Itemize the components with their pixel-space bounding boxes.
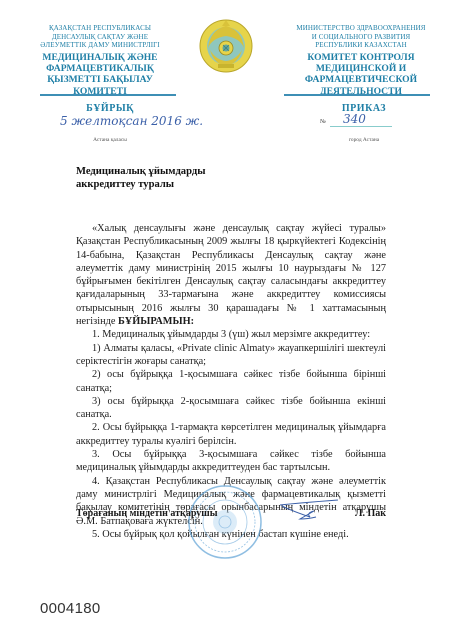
header-divider-right	[284, 94, 430, 96]
committee-line: ФАРМАЦЕВТИКАЛЫҚ	[34, 63, 166, 74]
header-right-russian: МИНИСТЕРСТВО ЗДРАВООХРАНЕНИЯ И СОЦИАЛЬНО…	[290, 24, 432, 97]
city-kazakh: Астана қаласы	[80, 137, 140, 143]
committee-line: МЕДИЦИНАЛЫҚ ЖӘНЕ	[34, 52, 166, 63]
committee-line: КОМИТЕТ КОНТРОЛЯ	[290, 52, 432, 63]
committee-line: МЕДИЦИНСКОЙ И	[290, 63, 432, 74]
city-russian: город Астана	[334, 137, 394, 143]
number-sign: №	[320, 119, 326, 125]
ministry-line: МИНИСТЕРСТВО ЗДРАВООХРАНЕНИЯ	[290, 24, 432, 33]
order-item: 3) осы бұйрыққа 2-қосымшаға сәйкес тізбе…	[76, 395, 386, 422]
signatory-name: Л. Пак	[355, 508, 386, 519]
committee-line: ФАРМАЦЕВТИЧЕСКОЙ	[290, 74, 432, 85]
ministry-line: И СОЦИАЛЬНОГО РАЗВИТИЯ	[290, 33, 432, 42]
header-divider-left	[40, 94, 176, 96]
order-item: 1. Медициналық ұйымдарды 3 (үш) жыл мерз…	[76, 328, 386, 341]
ministry-line: РЕСПУБЛИКИ КАЗАХСТАН	[290, 41, 432, 50]
document-subject: Медициналық ұйымдарды аккредиттеу туралы	[76, 165, 205, 192]
handwritten-date: 5 желтоқсан 2016 ж.	[60, 114, 203, 128]
state-emblem-icon	[196, 6, 256, 88]
document-serial-number: 0004180	[40, 600, 101, 617]
order-item: 2. Осы бұйрыққа 1-тармақта көрсетілген м…	[76, 421, 386, 448]
number-underline	[330, 126, 392, 127]
official-stamp-icon	[185, 484, 265, 560]
preamble-paragraph: «Халық денсаулығы және денсаулық сақтау …	[76, 222, 386, 328]
ministry-line: ӘЛЕУМЕТТІК ДАМУ МИНИСТРЛІГІ	[34, 41, 166, 50]
order-word: БҰЙЫРАМЫН:	[118, 316, 194, 327]
order-item: 1) Алматы қаласы, «Private clinic Almaty…	[76, 342, 386, 369]
ministry-line: ҚАЗАҚСТАН РЕСПУБЛИКАСЫ	[34, 24, 166, 33]
subject-line: Медициналық ұйымдарды	[76, 165, 205, 178]
ministry-line: ДЕНСАУЛЫҚ САҚТАУ ЖӘНЕ	[34, 33, 166, 42]
subject-line: аккредиттеу туралы	[76, 178, 205, 191]
order-item: 2) осы бұйрыққа 1-қосымшаға сәйкес тізбе…	[76, 368, 386, 395]
committee-line: ҚЫЗМЕТТІ БАҚЫЛАУ	[34, 74, 166, 85]
preamble-text: «Халық денсаулығы және денсаулық сақтау …	[76, 223, 386, 327]
order-item: 3. Осы бұйрыққа 3-қосымшаға сәйкес тізбе…	[76, 448, 386, 475]
handwritten-signature-icon	[278, 497, 348, 527]
header-left-kazakh: ҚАЗАҚСТАН РЕСПУБЛИКАСЫ ДЕНСАУЛЫҚ САҚТАУ …	[34, 24, 166, 97]
signatory-title: Төрағаның міндетін атқарушы	[76, 508, 218, 519]
handwritten-order-number: 340	[343, 112, 366, 126]
order-label-kazakh: БҰЙРЫҚ	[80, 103, 140, 114]
